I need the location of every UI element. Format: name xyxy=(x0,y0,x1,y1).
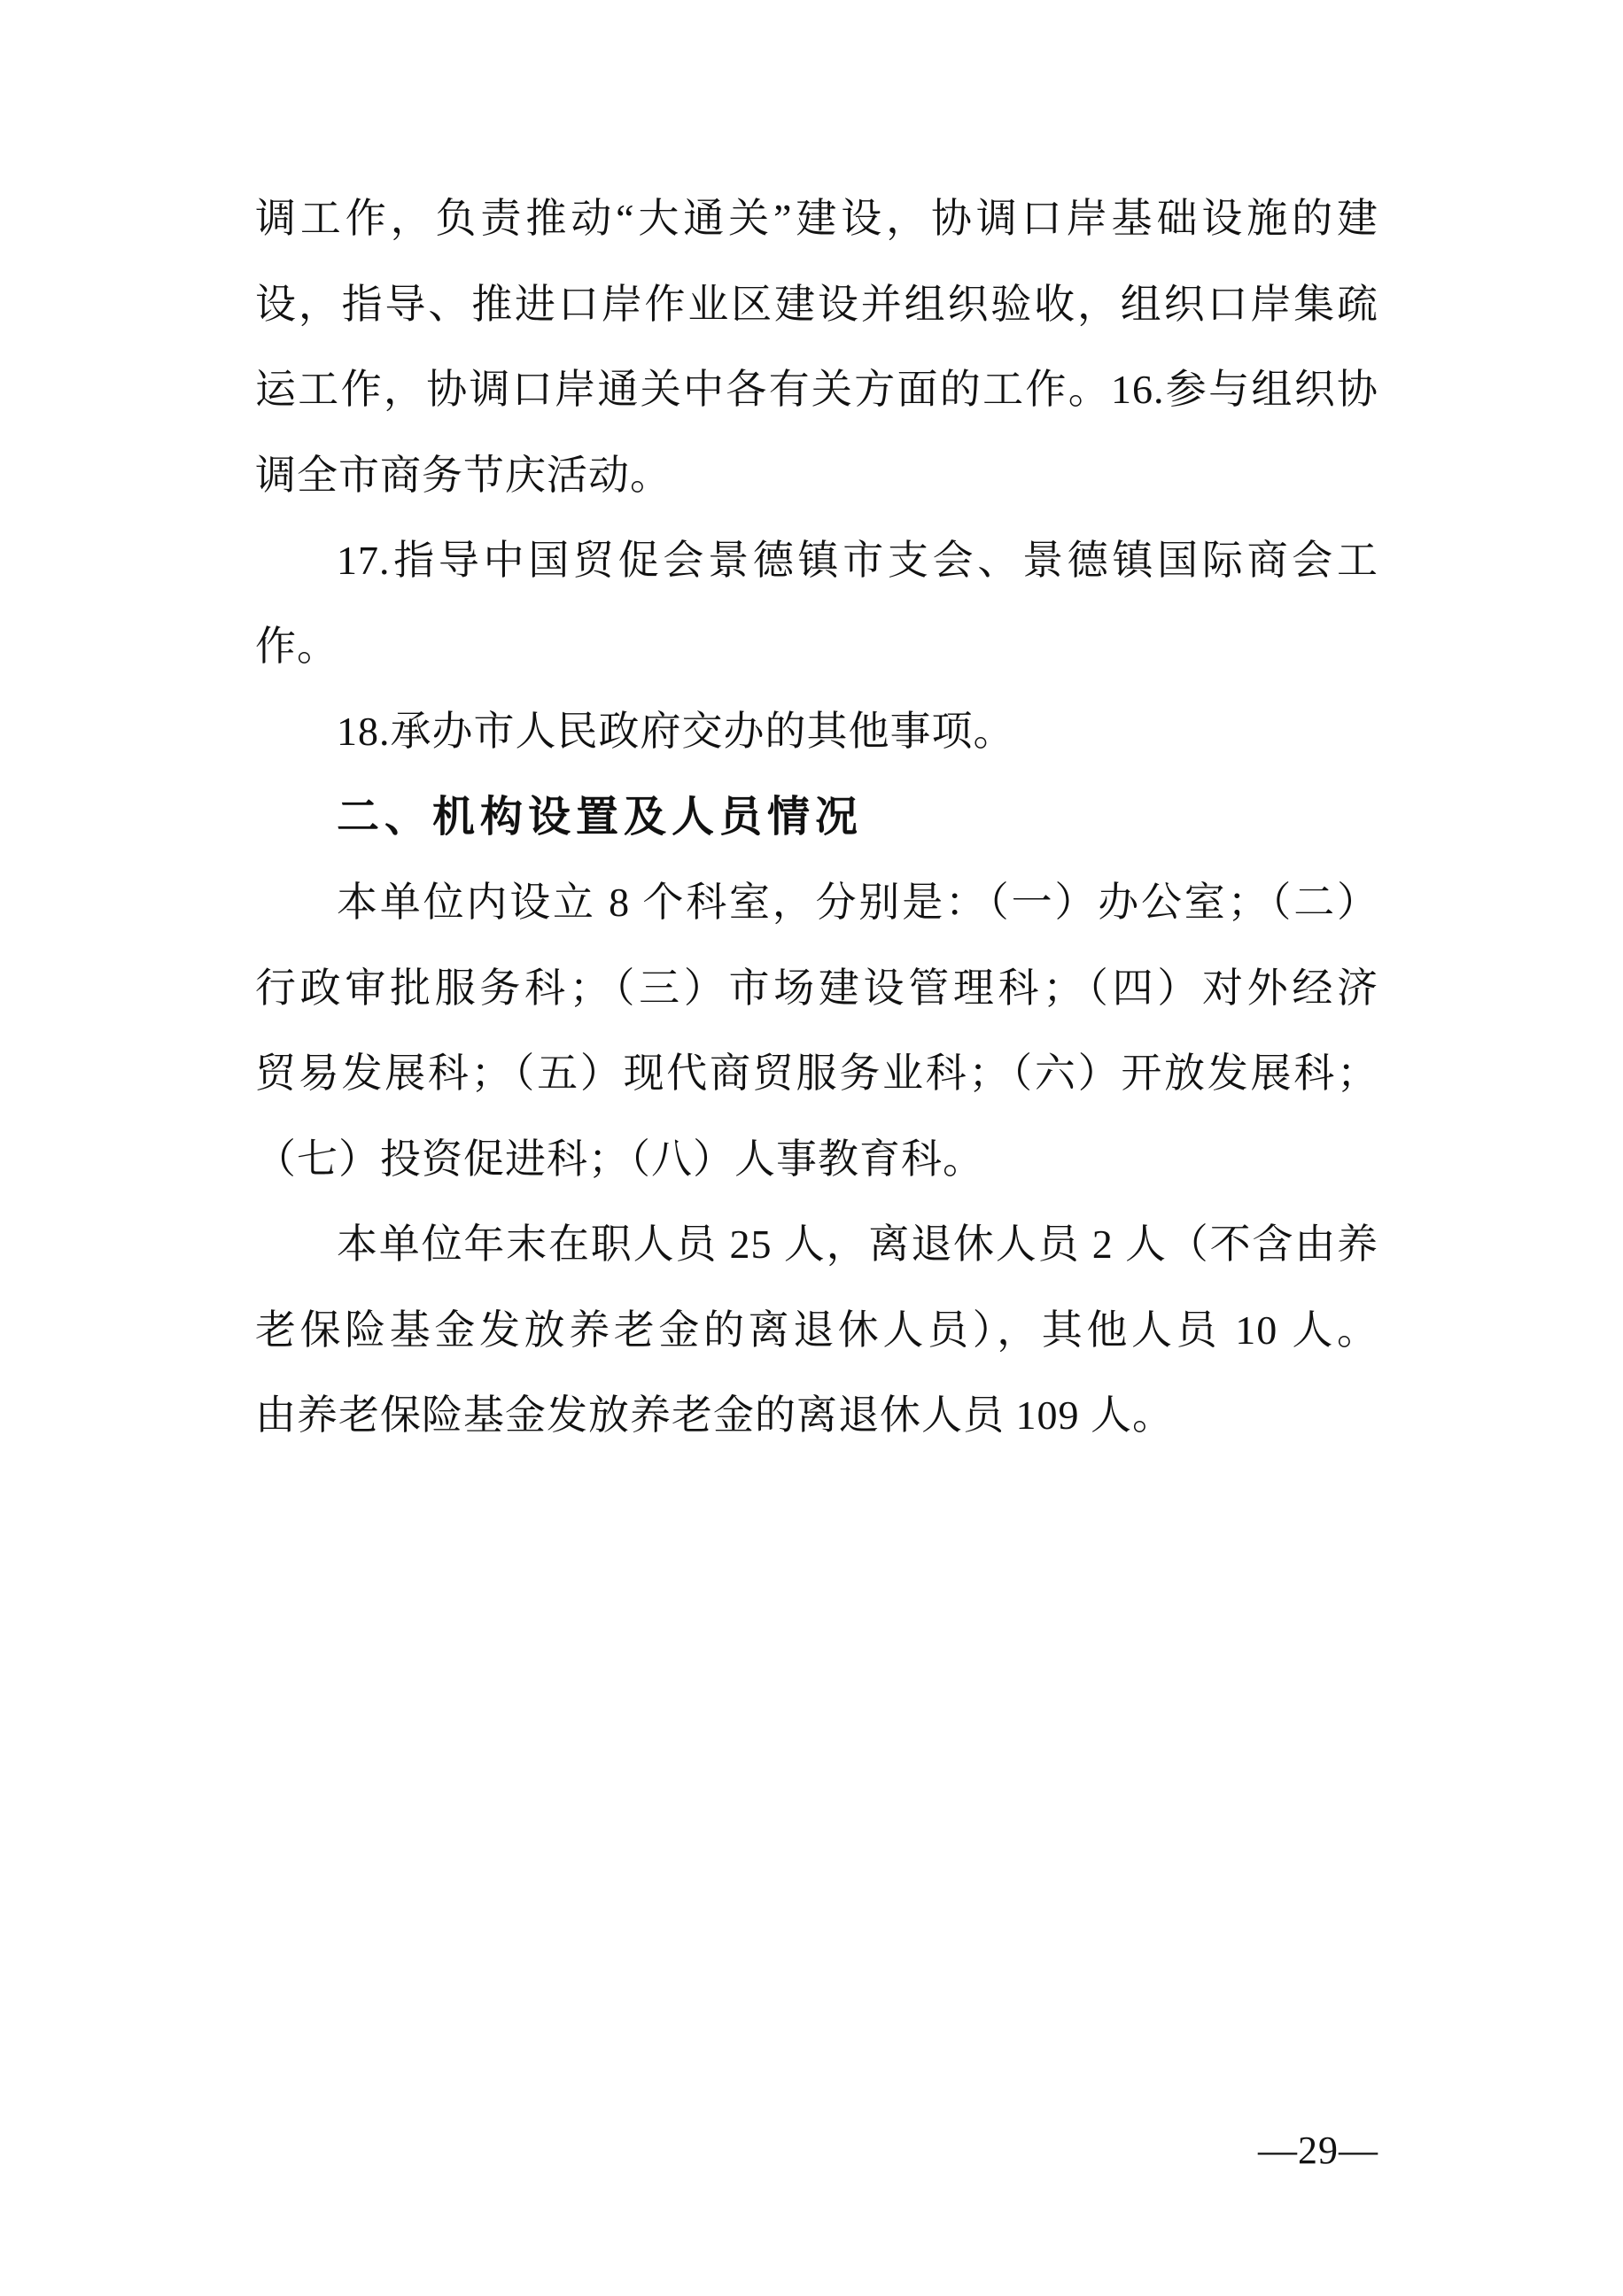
document-page: 调工作，负责推动“大通关”建设，协调口岸基础设施的建 设，指导、推进口岸作业区建… xyxy=(0,0,1623,2296)
text-line: 设，指导、推进口岸作业区建设并组织验收，组织口岸集疏 xyxy=(255,262,1378,348)
text-line: 作。 xyxy=(255,604,1378,690)
text-line: 调工作，负责推动“大通关”建设，协调口岸基础设施的建 xyxy=(255,176,1378,262)
text-line: （七）投资促进科；（八）人事教育科。 xyxy=(255,1117,1378,1203)
text-line: 运工作，协调口岸通关中各有关方面的工作。16.参与组织协 xyxy=(255,347,1378,433)
text-line: 行政审批服务科；（三）市场建设管理科；（四）对外经济 xyxy=(255,946,1378,1032)
document-body: 调工作，负责推动“大通关”建设，协调口岸基础设施的建 设，指导、推进口岸作业区建… xyxy=(255,176,1378,1459)
text-line: 老保险基金发放养老金的离退休人员），其他人员 10 人。 xyxy=(255,1288,1378,1374)
text-line: 调全市商务节庆活动。 xyxy=(255,433,1378,519)
text-line: 由养老保险基金发放养老金的离退休人员 109 人。 xyxy=(255,1373,1378,1459)
page-number: —29— xyxy=(1258,2128,1378,2173)
text-line: 本单位内设立 8 个科室，分别是：（一）办公室；（二） xyxy=(255,860,1378,946)
text-line: 18.承办市人民政府交办的其他事项。 xyxy=(255,689,1378,775)
section-heading: 二、机构设置及人员情况 xyxy=(255,775,1378,861)
text-line: 本单位年末在职人员 25 人，离退休人员 2 人（不含由养 xyxy=(255,1202,1378,1288)
text-line: 贸易发展科；（五）现代商贸服务业科；（六）开放发展科； xyxy=(255,1031,1378,1117)
text-line: 17.指导中国贸促会景德镇市支会、景德镇国际商会工 xyxy=(255,518,1378,604)
